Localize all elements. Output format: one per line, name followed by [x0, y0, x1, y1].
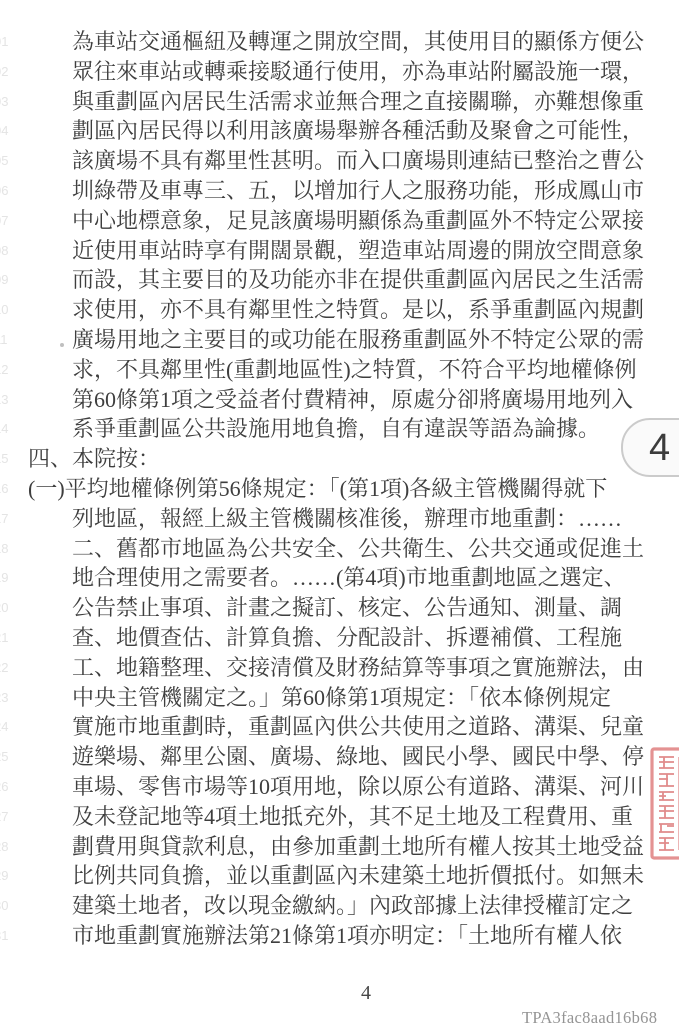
text-line: 求使用，亦不具有鄰里性之特質。是以，系爭重劃區內規劃 — [0, 295, 679, 325]
text-line: 中心地標意象，足見該廣場明顯係為重劃區外不特定公眾接 — [0, 206, 679, 236]
text-line: 四、本院按： — [0, 444, 679, 474]
text-line: 該廣場不具有鄰里性甚明。而入口廣場則連結已整治之曹公 — [0, 146, 679, 176]
page-index-tab: 4 — [621, 418, 679, 477]
page-number: 4 — [361, 982, 371, 1005]
text-line: 中央主管機關定之。」第60條第1項規定：「依本條例規定 — [0, 683, 679, 713]
text-line: 求，不具鄰里性(重劃地區性)之特質，不符合平均地權條例 — [0, 355, 679, 385]
text-line: 比例共同負擔，並以重劃區內未建築土地折價抵付。如無未 — [0, 861, 679, 891]
text-line: 圳綠帶及車專三、五，以增加行人之服務功能，形成鳳山市 — [0, 176, 679, 206]
text-line: 眾往來車站或轉乘接駁通行使用，亦為車站附屬設施一環， — [0, 57, 679, 87]
text-line: 劃費用與貸款利息，由參加重劃土地所有權人按其土地受益 — [0, 832, 679, 862]
text-line: 車場、零售市場等10項用地，除以原公有道路、溝渠、河川 — [0, 772, 679, 802]
seal-graphic — [650, 747, 679, 860]
text-line: 第60條第1項之受益者付費精神，原處分卻將廣場用地列入 — [0, 385, 679, 415]
text-line: 遊樂場、鄰里公園、廣場、綠地、國民小學、國民中學、停 — [0, 742, 679, 772]
text-line: 市地重劃實施辦法第21條第1項亦明定：「土地所有權人依 — [0, 921, 679, 951]
text-line: 而設，其主要目的及功能亦非在提供重劃區內居民之生活需 — [0, 265, 679, 295]
text-line: (一)平均地權條例第56條規定：「(第1項)各級主管機關得就下 — [0, 474, 679, 504]
text-line: 二、舊都市地區為公共安全、公共衛生、公共交通或促進土 — [0, 534, 679, 564]
text-line: 公告禁止事項、計畫之擬訂、核定、公告通知、測量、調 — [0, 593, 679, 623]
text-line: 廣場用地之主要目的或功能在服務重劃區外不特定公眾的需 — [0, 325, 679, 355]
text-line: 建築土地者，改以現金繳納。」內政部據上法律授權訂定之 — [0, 891, 679, 921]
document-body: 為車站交通樞紐及轉運之開放空間，其使用目的顯係方便公眾往來車站或轉乘接駁通行使用… — [0, 27, 679, 951]
text-line: 及未登記地等4項土地抵充外，其不足土地及工程費用、重 — [0, 802, 679, 832]
text-line: 系爭重劃區公共設施用地負擔，自有違誤等語為論據。 — [0, 414, 679, 444]
page-index-number: 4 — [649, 429, 670, 467]
text-line: 列地區，報經上級主管機關核准後，辦理市地重劃：…… — [0, 504, 679, 534]
text-line: 工、地籍整理、交接清償及財務結算等事項之實施辦法，由 — [0, 653, 679, 683]
official-seal-stamp — [650, 747, 679, 865]
text-line: 近使用車站時享有開闊景觀，塑造車站周邊的開放空間意象 — [0, 236, 679, 266]
text-line: 查、地價查估、計算負擔、分配設計、拆遷補償、工程施 — [0, 623, 679, 653]
text-line: 劃區內居民得以利用該廣場舉辦各種活動及聚會之可能性， — [0, 116, 679, 146]
text-line: 與重劃區內居民生活需求並無合理之直接關聯，亦難想像重 — [0, 87, 679, 117]
scanned-judgment-page: 0102030405060708091011121314151617181920… — [0, 0, 679, 1023]
document-code: TPA3fac8aad16b68 — [522, 1008, 657, 1023]
text-line: 實施市地重劃時，重劃區內供公共使用之道路、溝渠、兒童 — [0, 712, 679, 742]
text-line: 為車站交通樞紐及轉運之開放空間，其使用目的顯係方便公 — [0, 27, 679, 57]
text-line: 地合理使用之需要者。……(第4項)市地重劃地區之選定、 — [0, 563, 679, 593]
scan-artifact-dot — [60, 343, 64, 347]
